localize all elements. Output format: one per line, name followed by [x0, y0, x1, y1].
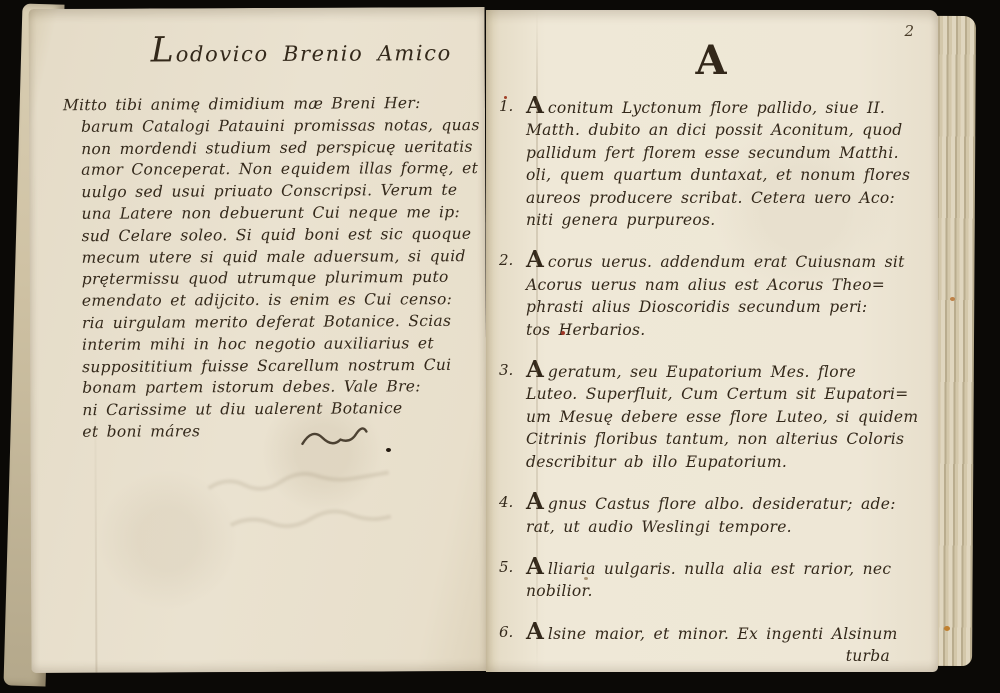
entry-line: Aconitum Lyctonum flore pallido, siue II…	[526, 94, 932, 119]
letter-line: interim mihi in hoc negotio auxiliarius …	[82, 333, 480, 357]
entry-line: Ageratum, seu Eupatorium Mes. flore	[526, 358, 932, 383]
entry-number: 2.	[486, 248, 526, 341]
entry-initial-letter: A	[526, 553, 545, 580]
entry-text: Ageratum, seu Eupatorium Mes. floreLuteo…	[526, 358, 938, 473]
entry-line: describitur ab illo Eupatorium.	[526, 451, 932, 473]
entry-text: Aconitum Lyctonum flore pallido, siue II…	[526, 94, 938, 231]
entry-line: pallidum fert florem esse secundum Matth…	[526, 142, 932, 164]
letter-line: una Latere non debuerunt Cui neque me ip…	[81, 202, 479, 226]
entry-number: 1.	[486, 94, 526, 231]
pen-flourish	[298, 426, 368, 456]
entry-initial-letter: A	[526, 356, 545, 383]
entry-line: Agnus Castus flore albo. desideratur; ad…	[526, 490, 932, 515]
letter-line: ni Carissime ut diu ualerent Botanice	[82, 398, 480, 422]
entry-line: turba	[526, 645, 932, 667]
folio-number: 2	[904, 22, 914, 40]
entry-line: oli, quem quartum duntaxat, et nonum flo…	[526, 164, 932, 186]
entry-line: Acorus uerus. addendum erat Cuiusnam sit	[526, 248, 932, 273]
section-heading-letter: A	[486, 36, 938, 86]
catalog-entry: 5.Alliaria uulgaris. nulla alia est rari…	[486, 555, 938, 603]
entry-line: niti genera purpureos.	[526, 209, 932, 231]
entry-line: Alsine maior, et minor. Ex ingenti Alsin…	[526, 620, 932, 645]
catalog-entry: 6.Alsine maior, et minor. Ex ingenti Als…	[486, 620, 938, 668]
entry-text: Agnus Castus flore albo. desideratur; ad…	[526, 490, 938, 538]
left-page: Lodovico Brenio Amico Mitto tibi animę d…	[29, 7, 488, 673]
entry-text: Acorus uerus. addendum erat Cuiusnam sit…	[526, 248, 938, 341]
letter-line: barum Catalogi Patauini promissas notas,…	[81, 115, 479, 139]
entry-line: phrasti alius Dioscoridis secundum peri:	[526, 296, 932, 318]
catalog-entry: 2.Acorus uerus. addendum erat Cuiusnam s…	[486, 248, 938, 341]
letter-line: supposititium fuisse Scarellum nostrum C…	[82, 354, 480, 378]
entry-line: Alliaria uulgaris. nulla alia est rarior…	[526, 555, 932, 580]
letter-title: Lodovico Brenio Amico	[151, 29, 485, 70]
letter-line: mecum utere si quid male aduersum, si qu…	[82, 246, 480, 270]
entry-line: Acorus uerus nam alius est Acorus Theo=	[526, 274, 932, 296]
entry-line: um Mesuę debere esse flore Luteo, si qui…	[526, 406, 932, 428]
entry-number: 3.	[486, 358, 526, 473]
letter-line: et boni máres	[82, 420, 480, 444]
letter-line: bonam partem istorum debes. Vale Bre:	[82, 376, 480, 400]
entry-number: 5.	[486, 555, 526, 603]
bleedthrough-ghost-text	[201, 462, 441, 553]
entry-initial-letter: A	[526, 488, 545, 515]
entry-initial-letter: A	[526, 92, 545, 119]
entry-text: Alliaria uulgaris. nulla alia est rarior…	[526, 555, 938, 603]
letter-line: uulgo sed usui priuato Conscripsi. Verum…	[81, 180, 479, 204]
letter-line: amor Conceperat. Non equidem illas formę…	[81, 158, 479, 182]
letter-line: Mitto tibi animę dimidium mæ Breni Her:	[63, 93, 479, 117]
entry-number: 4.	[486, 490, 526, 538]
letter-body: Mitto tibi animę dimidium mæ Breni Her:b…	[63, 93, 481, 444]
entry-number: 6.	[486, 620, 526, 668]
catalog-entry: 1.Aconitum Lyctonum flore pallido, siue …	[486, 94, 938, 231]
catalog-entry: 4.Agnus Castus flore albo. desideratur; …	[486, 490, 938, 538]
entry-initial-letter: A	[526, 246, 545, 273]
photo-background: Lodovico Brenio Amico Mitto tibi animę d…	[0, 0, 1000, 693]
entry-line: tos Herbarios.	[526, 319, 932, 341]
right-page: 2 A 1.Aconitum Lyctonum flore pallido, s…	[486, 10, 938, 672]
entry-initial-letter: A	[526, 618, 545, 645]
letter-line: prętermissu quod utrumque plurimum puto	[82, 267, 480, 291]
letter-line: emendato et adijcito. is enim es Cui cen…	[82, 289, 480, 313]
letter-line: ria uirgulam merito deferat Botanice. Sc…	[82, 311, 480, 335]
catalog-entry: 3.Ageratum, seu Eupatorium Mes. floreLut…	[486, 358, 938, 473]
entry-line: Citrinis floribus tantum, non alterius C…	[526, 428, 932, 450]
catalog-entries: 1.Aconitum Lyctonum flore pallido, siue …	[486, 94, 938, 668]
entry-line: Luteo. Superfluit, Cum Certum sit Eupato…	[526, 383, 932, 405]
entry-text: Alsine maior, et minor. Ex ingenti Alsin…	[526, 620, 938, 668]
letter-line: sud Celare soleo. Si quid boni est sic q…	[81, 223, 479, 247]
entry-line: aureos producere scribat. Cetera uero Ac…	[526, 187, 932, 209]
entry-line: Matth. dubito an dici possit Aconitum, q…	[526, 119, 932, 141]
entry-line: rat, ut audio Weslingi tempore.	[526, 516, 932, 538]
entry-line: nobilior.	[526, 580, 932, 602]
letter-line: non mordendi studium sed perspicuę uerit…	[81, 136, 479, 160]
